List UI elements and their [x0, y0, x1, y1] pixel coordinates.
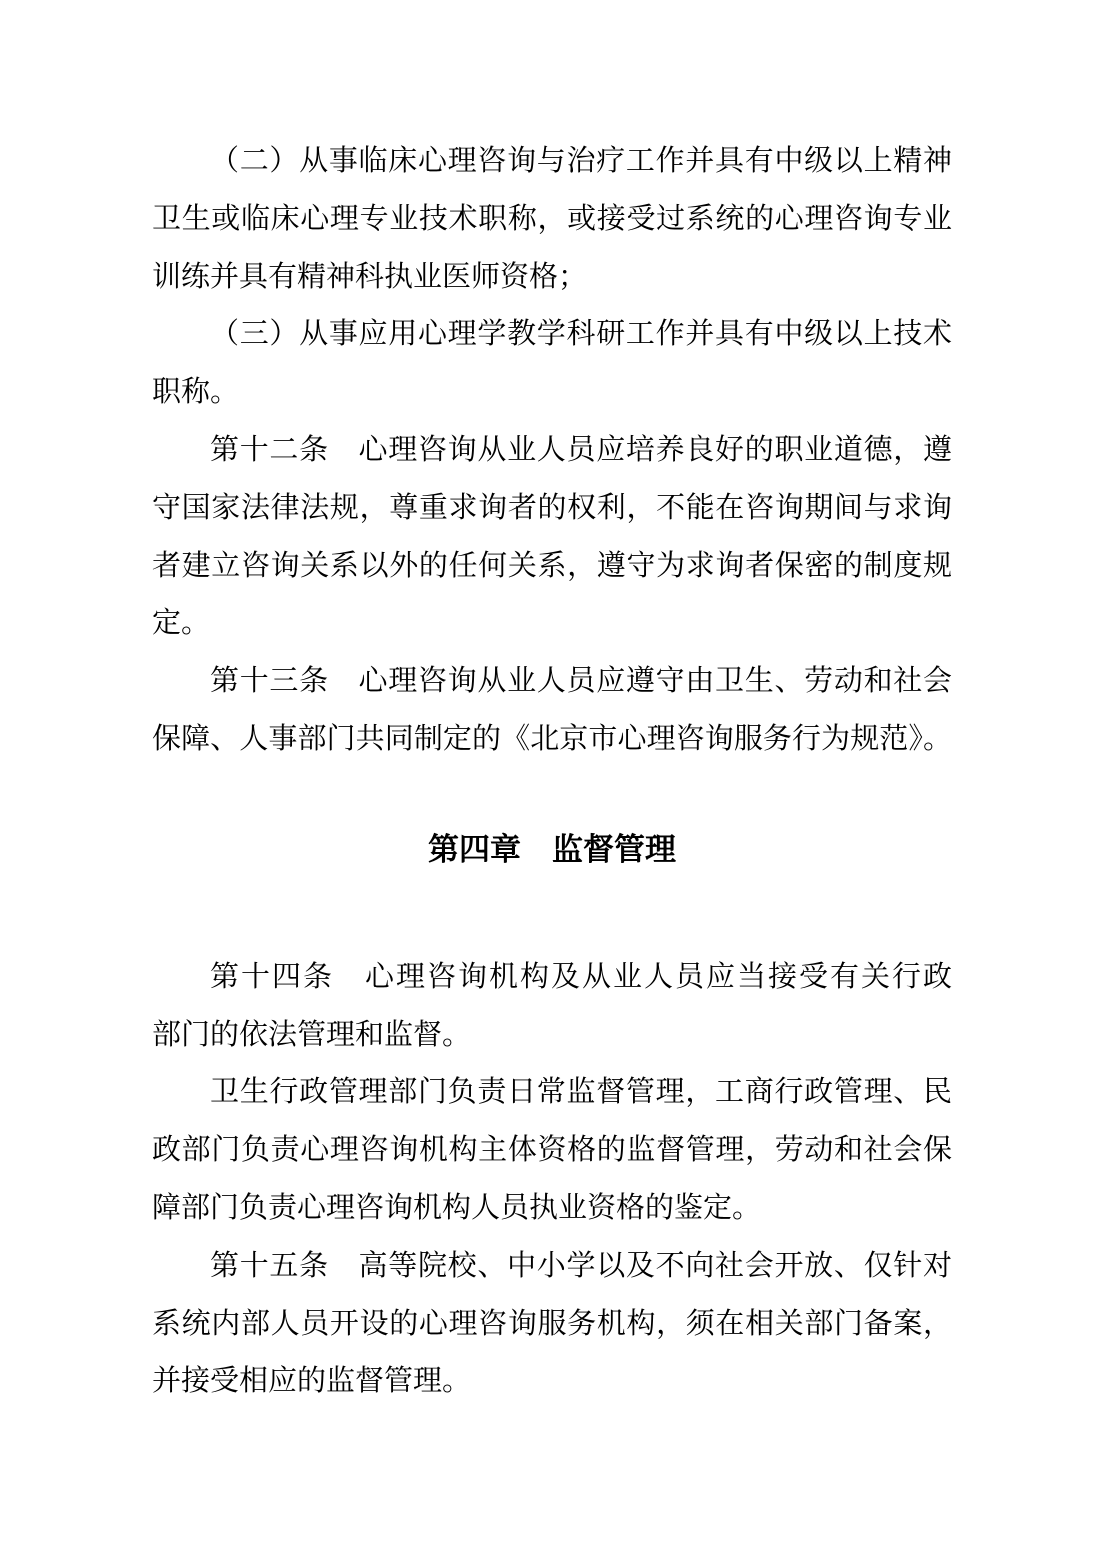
- document-page: （二）从事临床心理咨询与治疗工作并具有中级以上精神卫生或临床心理专业技术职称，或…: [0, 0, 1100, 1556]
- document-line: 第十二条 心理咨询从业人员应培养良好的职业道德，遵: [152, 422, 952, 480]
- document-line: 政部门负责心理咨询机构主体资格的监督管理，劳动和社会保: [152, 1122, 952, 1180]
- document-line: 第十五条 高等院校、中小学以及不向社会开放、仅针对: [152, 1238, 952, 1296]
- document-line: （三）从事应用心理学教学科研工作并具有中级以上技术: [152, 306, 952, 364]
- document-line: 部门的依法管理和监督。: [152, 1007, 952, 1065]
- document-line: 守国家法律法规，尊重求询者的权利，不能在咨询期间与求询: [152, 480, 952, 538]
- document-line: 第十四条 心理咨询机构及从业人员应当接受有关行政: [152, 949, 952, 1007]
- document-line: 卫生或临床心理专业技术职称，或接受过系统的心理咨询专业: [152, 191, 952, 249]
- document-line: 定。: [152, 595, 952, 653]
- document-line: （二）从事临床心理咨询与治疗工作并具有中级以上精神: [152, 133, 952, 191]
- document-line: 第十三条 心理咨询从业人员应遵守由卫生、劳动和社会: [152, 653, 952, 711]
- document-body: （二）从事临床心理咨询与治疗工作并具有中级以上精神卫生或临床心理专业技术职称，或…: [152, 133, 952, 1411]
- document-line: 者建立咨询关系以外的任何关系，遵守为求询者保密的制度规: [152, 538, 952, 596]
- document-line: 卫生行政管理部门负责日常监督管理，工商行政管理、民: [152, 1064, 952, 1122]
- document-line: 障部门负责心理咨询机构人员执业资格的鉴定。: [152, 1180, 952, 1238]
- document-line: 保障、人事部门共同制定的《北京市心理咨询服务行为规范》。: [152, 711, 952, 769]
- document-line: 训练并具有精神科执业医师资格；: [152, 249, 952, 307]
- document-line: 并接受相应的监督管理。: [152, 1353, 952, 1411]
- document-line: 职称。: [152, 364, 952, 422]
- chapter-heading: 第四章 监督管理: [152, 821, 952, 879]
- document-line: 系统内部人员开设的心理咨询服务机构，须在相关部门备案，: [152, 1296, 952, 1354]
